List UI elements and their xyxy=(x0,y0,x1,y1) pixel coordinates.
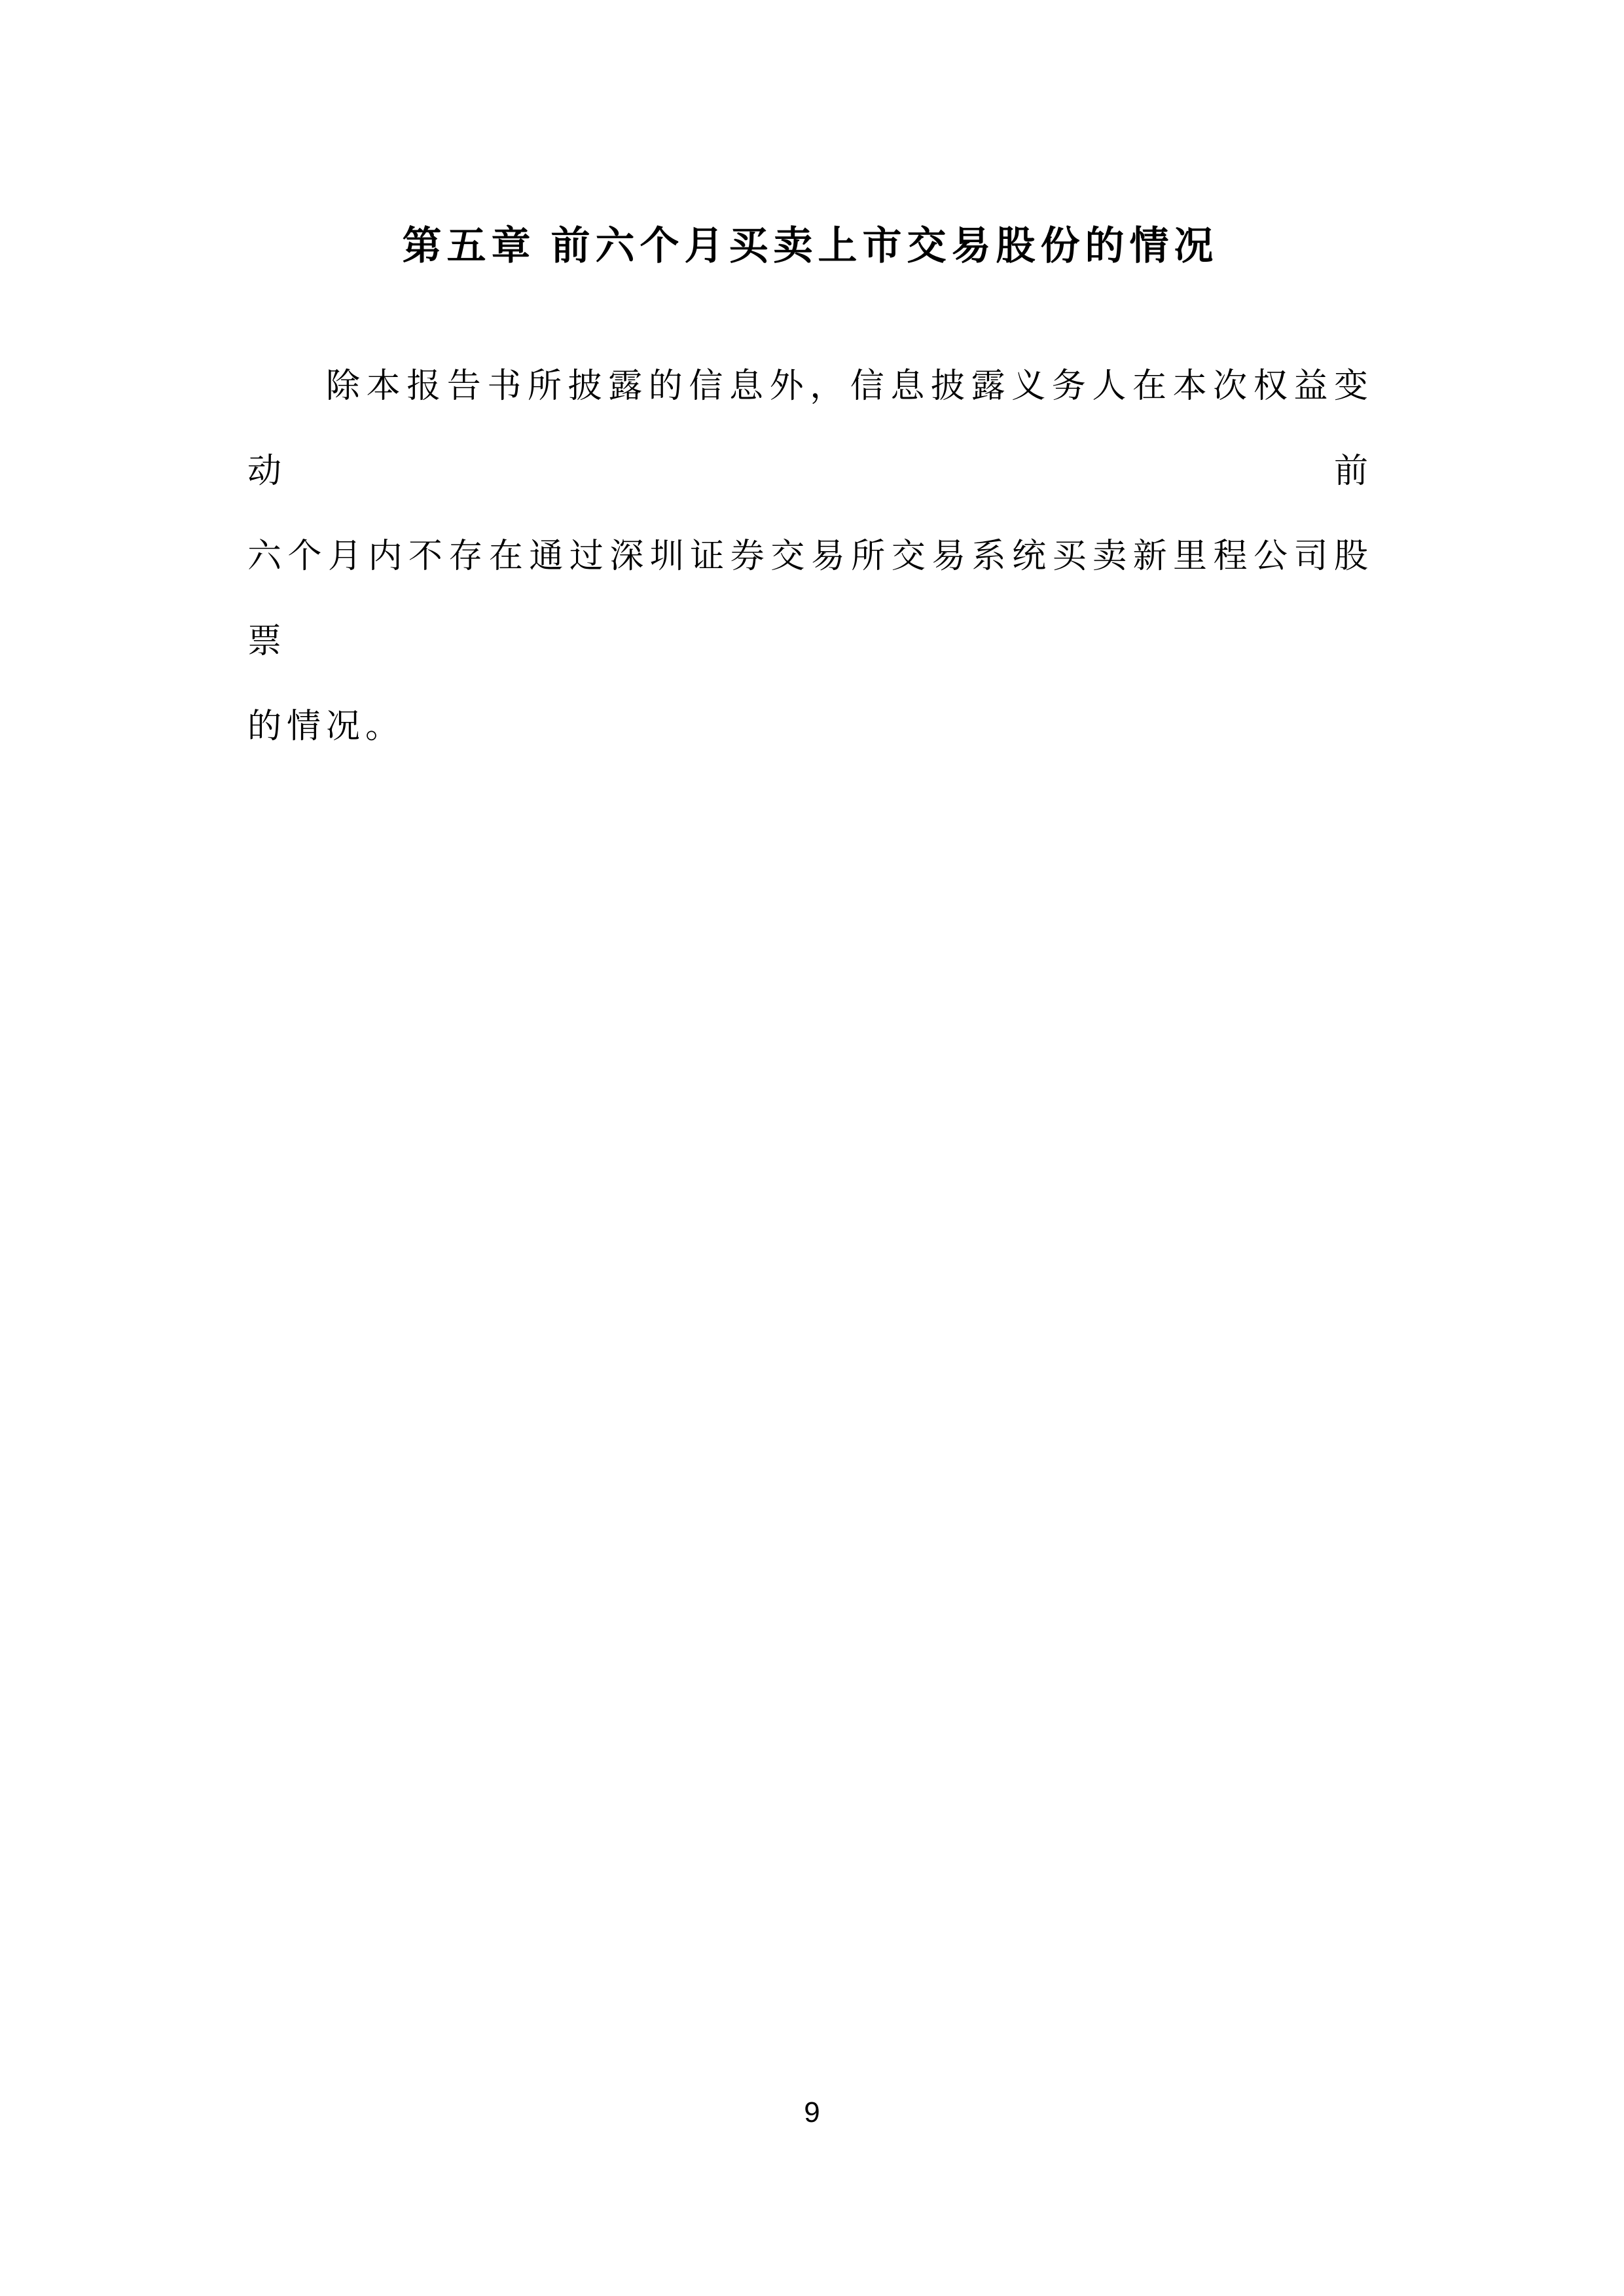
page-number: 9 xyxy=(804,2096,820,2128)
paragraph-line: 除本报告书所披露的信息外，信息披露义务人在本次权益变动前 xyxy=(247,344,1373,514)
paragraph-line: 六个月内不存在通过深圳证券交易所交易系统买卖新里程公司股票 xyxy=(247,514,1373,685)
chapter-heading: 第五章 前六个月买卖上市交易股份的情况 xyxy=(247,224,1373,268)
body-paragraph: 除本报告书所披露的信息外，信息披露义务人在本次权益变动前 六个月内不存在通过深圳… xyxy=(247,344,1373,770)
document-page: 第五章 前六个月买卖上市交易股份的情况 除本报告书所披露的信息外，信息披露义务人… xyxy=(0,0,1624,2296)
page-footer: 9 xyxy=(0,2097,1624,2128)
paragraph-line: 的情况。 xyxy=(247,685,1373,770)
